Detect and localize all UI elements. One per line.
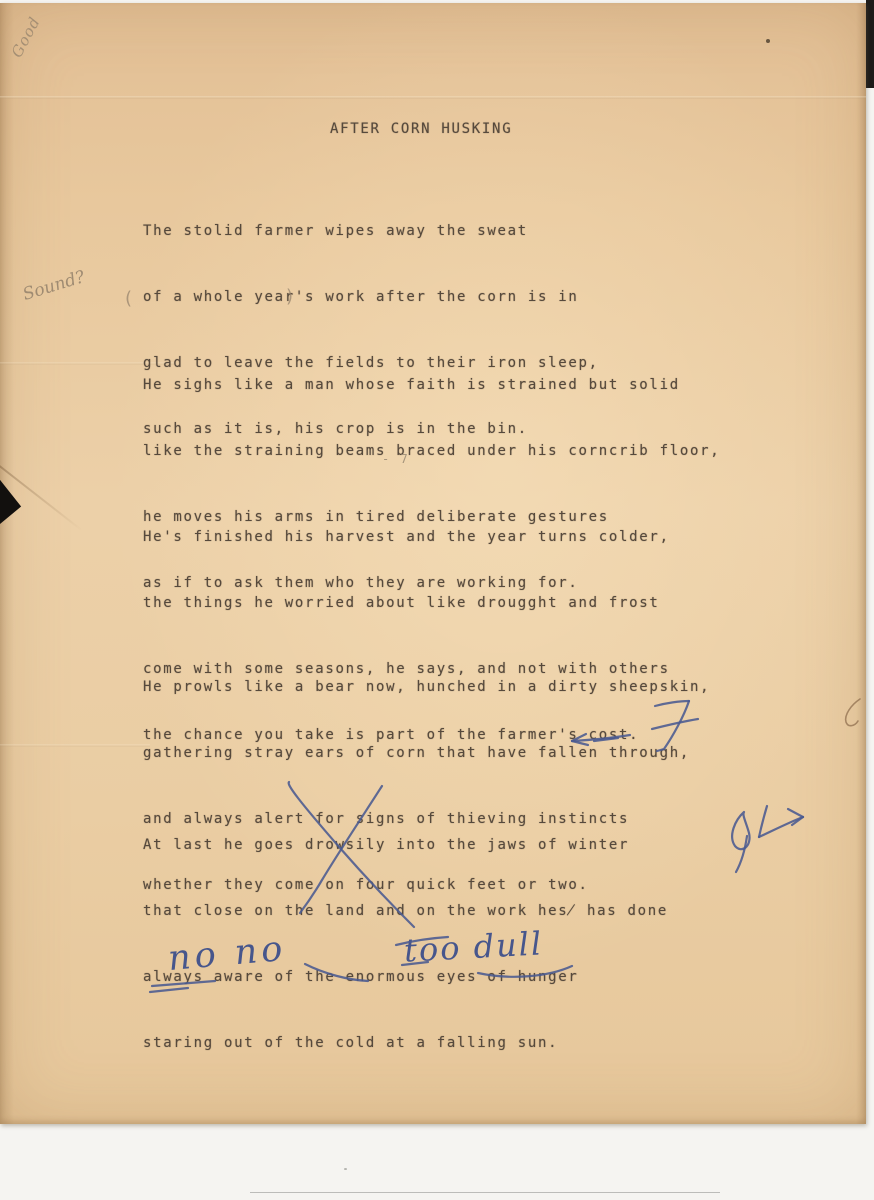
poem-line: of a whole year's work after the corn is…: [143, 280, 599, 314]
poem-line: At last he goes drowsily into the jaws o…: [143, 828, 668, 862]
poem-line: He prowls like a bear now, hunched in a …: [143, 670, 710, 704]
ink-speck: [766, 39, 770, 43]
pencil-paren-open: (: [125, 288, 132, 309]
poem-line: that close on the land and on the work h…: [143, 894, 668, 928]
scan-speck: [344, 1168, 347, 1170]
poem-line: the things he worried about like drouggh…: [143, 586, 670, 620]
pencil-paren-close: ): [286, 286, 293, 307]
scanner-artifact-line: [250, 1192, 720, 1193]
poem-title: AFTER CORN HUSKING: [330, 112, 512, 146]
poem-line: The stolid farmer wipes away the sweat: [143, 214, 599, 248]
handwritten-verdict-too-dull: too dull: [403, 924, 544, 969]
faint-query-mark: - 7: [382, 452, 410, 466]
poem-line: He sighs like a man whose faith is strai…: [143, 368, 720, 402]
paper-fold-crease: [0, 96, 866, 99]
scanned-page: AFTER CORN HUSKING The stolid farmer wip…: [0, 0, 874, 1200]
poem-line: like the straining beams braced under hi…: [143, 434, 720, 468]
paper-fold-crease: [0, 744, 150, 747]
poem-line: He's finished his harvest and the year t…: [143, 520, 670, 554]
paper-edge-shadow-left: [0, 3, 14, 1124]
paper-edge-shadow-right: [856, 3, 866, 1124]
scanner-edge-notch: [866, 0, 874, 88]
poem-line: gathering stray ears of corn that have f…: [143, 736, 710, 770]
poem-line: staring out of the cold at a falling sun…: [143, 1026, 668, 1060]
